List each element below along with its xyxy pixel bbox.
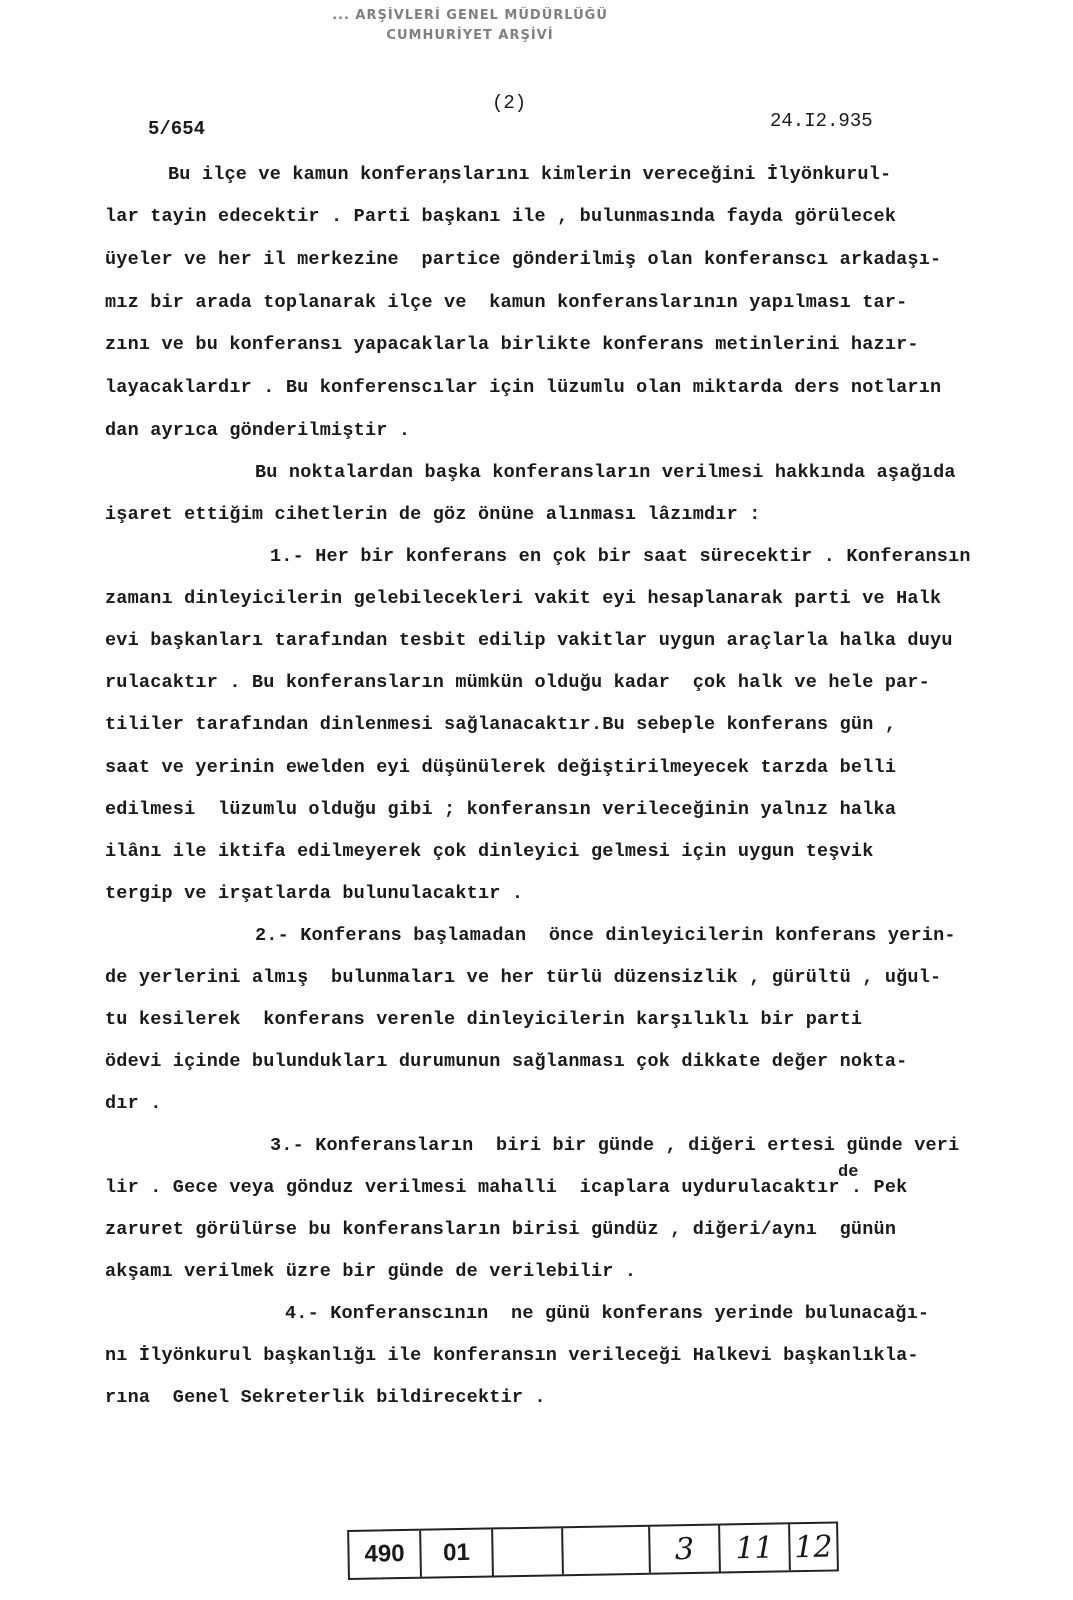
document-date: 24.I2.935 [770,110,873,132]
text-line: tililer tarafından dinlenmesi sağlanacak… [105,714,896,735]
text-line: rulacaktır . Bu konferansların mümkün ol… [105,672,930,693]
archive-cell-3 [493,1528,564,1575]
text-line: layacaklardır . Bu konferenscılar için l… [105,377,941,398]
archive-code-box: 490 01 3 11 12 [347,1521,839,1580]
reference-number: 5/654 [148,118,205,140]
stamp-line-2: CUMHURİYET ARŞİVİ [300,26,640,46]
archive-cell-5: 3 [650,1525,721,1572]
text-line: rına Genel Sekreterlik bildirecektir . [105,1387,546,1408]
text-line: işaret ettiğim cihetlerin de göz önüne a… [105,504,761,525]
page-number: (2) [492,92,526,114]
archive-cell-6: 11 [720,1524,791,1571]
archive-cell-7: 12 [790,1523,837,1570]
text-line: tergip ve irşatlarda bulunulacaktır . [105,883,523,904]
text-line: 3.- Konferansların biri bir günde , diğe… [270,1135,959,1156]
text-line: 1.- Her bir konferans en çok bir saat sü… [270,546,971,567]
stamp-line-1: ... ARŞİVLERİ GENEL MÜDÜRLÜĞÜ [300,6,640,26]
text-line: ödevi içinde bulundukları durumunun sağl… [105,1051,907,1072]
interlinear-insert: de [838,1163,858,1182]
text-line: 4.- Konferanscının ne günü konferans yer… [285,1303,929,1324]
text-line: lar tayin edecektir . Parti başkanı ile … [105,206,896,227]
text-line: evi başkanları tarafından tesbit edilip … [105,630,953,651]
archive-stamp: ... ARŞİVLERİ GENEL MÜDÜRLÜĞÜ CUMHURİYET… [300,6,640,46]
text-line: dan ayrıca gönderilmiştir . [105,420,410,441]
text-line: Bu ilçe ve kamun konferaņslarını kimleri… [168,164,891,185]
archive-cell-2: 01 [421,1529,494,1576]
text-line: edilmesi lüzumlu olduğu gibi ; konferans… [105,799,896,820]
text-line: zamanı dinleyicilerin gelebilecekleri va… [105,588,941,609]
text-line: zaruret görülürse bu konferansların biri… [105,1219,896,1240]
text-line: dır . [105,1093,162,1114]
archive-cell-1: 490 [349,1531,422,1578]
text-line: ilânı ile iktifa edilmeyerek çok dinleyi… [105,841,874,862]
text-line: lir . Gece veya gönduz verilmesi mahalli… [105,1177,907,1198]
text-line: saat ve yerinin ewelden eyi düşünülerek … [105,757,896,778]
text-line: de yerlerini almış bulunmaları ve her tü… [105,967,941,988]
text-line: nı İlyönkurul başkanlığı ile konferansın… [105,1345,919,1366]
text-line: akşamı verilmek üzre bir günde de verile… [105,1261,636,1282]
text-line: 2.- Konferans başlamadan önce dinleyicil… [255,925,956,946]
text-line: Bu noktalardan başka konferansların veri… [255,462,956,483]
archive-cell-4 [563,1527,651,1575]
text-line: mız bir arada toplanarak ilçe ve kamun k… [105,292,907,313]
text-line: üyeler ve her il merkezine partice gönde… [105,249,941,270]
text-line: zını ve bu konferansı yapacaklarla birli… [105,334,919,355]
text-line: tu kesilerek konferans verenle dinleyici… [105,1009,862,1030]
